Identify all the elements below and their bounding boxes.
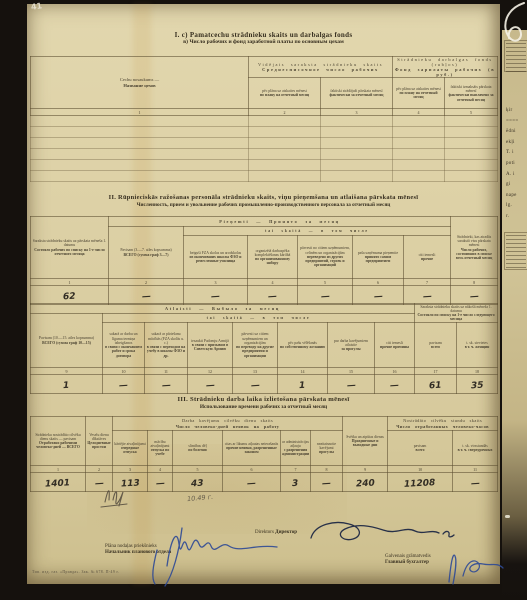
- value-cell: —: [188, 375, 233, 394]
- col-header: pēc plāna uz atskaites mēnesiпо плану на…: [249, 78, 321, 109]
- group-label: tai skaitā — в том числе: [265, 229, 369, 233]
- col-num: 9: [343, 466, 388, 473]
- handwritten-value: 240: [355, 479, 374, 490]
- col-header: pārvesti uz citiem uzņēmumiem un organiz…: [233, 323, 278, 368]
- header-ru: прочие: [405, 257, 449, 261]
- col-header: pēc plāna uz atskaites mēnesiпо плану на…: [393, 78, 445, 109]
- handwritten-value: 61: [429, 381, 442, 392]
- col-header: slimības dēļпо болезни: [173, 431, 223, 466]
- column-number-row: 1 2 3 4 5: [31, 109, 498, 116]
- col-num: 16: [375, 368, 415, 375]
- empty-cell: [249, 116, 321, 127]
- hired-group-header: Pieņemti — Принято за месяц: [109, 217, 451, 227]
- value-cell: 1401: [31, 473, 86, 492]
- col-header: kārtējie atvaļinājumiочередные отпуска: [113, 431, 148, 466]
- handwritten-value: —: [322, 479, 332, 489]
- group-label-lv: Nostrādāto cilvēku stundu skaits: [389, 418, 496, 423]
- header-ru: по организованному набору: [249, 257, 296, 266]
- header-ru: из окончивших школы ФЗО и ремесленные уч…: [185, 255, 246, 264]
- col-num: 18: [457, 368, 498, 375]
- section1-title: I. c) Pamatcechu strādnieku skaits un da…: [27, 31, 500, 46]
- avg-workers-group-header: Vidējais saraksta strādnieku skaits Сред…: [249, 57, 393, 78]
- header-ru: принято самим предприятием: [354, 255, 402, 264]
- header-ru: Целодневные простои: [87, 441, 111, 450]
- header-ru: Название цехов: [32, 83, 247, 88]
- col-num: 2: [249, 109, 321, 116]
- table-shops: Cechu nosaukums — Название цехов Vidējai…: [30, 56, 498, 182]
- chalk-number-note: 41: [30, 1, 42, 11]
- col-header: iesaukti Padomju Armijāв связи с призыво…: [188, 323, 233, 368]
- col-num: 6: [223, 466, 281, 473]
- col-header: par darba kavējumiem atlaistieза прогулы: [328, 323, 375, 368]
- header-lv: Strādnieku darbalgas fonds (rubļos): [394, 57, 496, 67]
- handwritten-value: —: [373, 292, 383, 302]
- value-cell: 11208: [388, 473, 453, 492]
- handwritten-value: 62: [63, 292, 76, 303]
- handwritten-value: —: [161, 381, 171, 391]
- col-header: pārvesti no citiem uzņēmumiem, celtnēm u…: [298, 236, 353, 279]
- empty-cell: [445, 149, 498, 160]
- empty-cell: [393, 116, 445, 127]
- col-header: pavisamвсего: [388, 431, 453, 466]
- header-ru: ВСЕГО (сумма граф 3—7): [110, 253, 182, 257]
- col-num: 3: [321, 109, 393, 116]
- header-ru: в т. ч. женщин: [458, 345, 496, 349]
- col-num: 4: [148, 466, 173, 473]
- header-ru: Праздничные и выходные дни: [344, 439, 386, 448]
- col-num: 5: [173, 466, 223, 473]
- next-month-group-header: Saraksta strādnieku skaits uz nākošā mēn…: [415, 304, 498, 323]
- header-lv: mācību atvaļinājumi: [149, 440, 171, 449]
- header-ru: в т. ч. сверхурочных: [454, 448, 496, 452]
- departed-incl-group-header: tai skaitā — в том числе: [103, 314, 415, 323]
- empty-cell: [249, 171, 321, 182]
- header-ru: Отработано рабочими человеко-дней — ВСЕГ…: [32, 441, 84, 450]
- planning-head-signature: [149, 520, 284, 590]
- header-ru: в связи с окончанием работ и срока догов…: [104, 345, 143, 358]
- handwritten-value: 1: [299, 381, 306, 391]
- col-num: 7: [281, 466, 311, 473]
- empty-cell: [321, 116, 393, 127]
- value-cell: —: [375, 375, 415, 394]
- section3-title: III. Strādnieku darba laika izlietošana …: [27, 396, 500, 411]
- header-ru: по плану на отчетный месяц: [250, 93, 319, 97]
- col-num: 14: [278, 368, 328, 375]
- group-label: Pieņemti — Принято за месяц: [219, 219, 340, 224]
- empty-cell: [321, 160, 393, 171]
- value-cell: —: [404, 286, 451, 305]
- group-label-ru: Число отработанных человеко-часов: [389, 424, 496, 429]
- col-header: citi iemesliпрочие причины: [375, 323, 415, 368]
- handwritten-value: 11208: [404, 478, 436, 490]
- accountant-label-ru: Главный бухгалтер: [385, 560, 431, 566]
- col-num: 8: [311, 466, 343, 473]
- header-lv: faktiski izmaksāts pārskata mēnesī: [446, 85, 496, 94]
- empty-cell: [31, 138, 249, 149]
- col-num: 1: [31, 109, 249, 116]
- empty-cell: [445, 160, 498, 171]
- col-num: 10: [388, 466, 453, 473]
- header-ru: в связи с переходом на учебу в школы ФЗО…: [146, 345, 186, 358]
- handwritten-value: —: [268, 292, 278, 302]
- empty-cell: [445, 138, 498, 149]
- empty-cell: [249, 160, 321, 171]
- empty-cell: [393, 171, 445, 182]
- value-cell: 1: [31, 375, 103, 394]
- value-cell: —: [311, 473, 343, 492]
- group-label: tai skaitā — в том числе: [207, 316, 311, 320]
- handwritten-value: —: [250, 381, 260, 391]
- handwritten-value: —: [320, 292, 330, 302]
- empty-row: [31, 160, 498, 171]
- header-lv: neattaisnotie kavējumi: [312, 442, 341, 451]
- column-number-row: 9101112131415161718: [31, 368, 498, 375]
- handwritten-value: 1401: [45, 478, 71, 489]
- header-ru: по плану на отчетный месяц: [394, 91, 443, 100]
- empty-cell: [31, 149, 249, 160]
- handwritten-value: —: [346, 381, 356, 391]
- departed-group-header: Atlaisti — Выбыло за месяц: [31, 304, 415, 314]
- empty-cell: [249, 138, 321, 149]
- header-lv: Saraksta strādnieku skaits uz nākošā mēn…: [416, 305, 496, 314]
- handwritten-value: —: [119, 381, 129, 391]
- section1-title-ru: в) Число рабочих и фонд заработной платы…: [27, 39, 500, 46]
- header-lv: ar administrācijas atļauju: [282, 440, 309, 449]
- listed-whole-month-header: Strādnieki, kas atradās sarakstā visu pā…: [451, 217, 498, 279]
- header-ru: очередные отпуска: [114, 446, 146, 455]
- col-num: 15: [328, 368, 375, 375]
- col-num: 5: [445, 109, 498, 116]
- empty-cell: [321, 149, 393, 160]
- hired-total-header: Pavisam (3.—7. ailes kopsumma) ВСЕГО (су…: [109, 227, 184, 279]
- value-cell: —: [451, 286, 498, 305]
- col-num: 3: [113, 466, 148, 473]
- table-departed: Atlaisti — Выбыло за месяц Saraksta strā…: [30, 303, 498, 394]
- col-header: faktiski strādājuši pārskata mēnesīфакти…: [321, 78, 393, 109]
- value-cell: —: [145, 375, 188, 394]
- header-ru: фактически выплачено за отчетный месяц: [446, 93, 496, 102]
- wage-fund-group-header: Strādnieku darbalgas fonds (rubļos) Фонд…: [393, 57, 498, 78]
- accountant-label: Galvenais grāmatvedis Главный бухгалтер: [385, 554, 431, 566]
- col-num: 6: [353, 279, 404, 286]
- empty-row: [31, 116, 498, 127]
- background-side-sheet: ķir ==== ēdni ekļi T. i poti A. i gi nap…: [502, 0, 527, 600]
- empty-cell: [393, 160, 445, 171]
- col-num: 4: [393, 109, 445, 116]
- hired-incl-group-header: tai skaitā — в том числе: [184, 227, 451, 236]
- col-header: neattaisnotie kavējumiпрогулы: [311, 431, 343, 466]
- absence-group-header: Darba kavējumu cilvēku dienu skaits Числ…: [113, 417, 343, 431]
- header-lv: organizētā darbaspēka komplektēšanas kār…: [249, 249, 296, 258]
- empty-row: [31, 149, 498, 160]
- header-ru: Число рабочих, состоявших в списке весь …: [452, 248, 496, 261]
- empty-cell: [393, 127, 445, 138]
- col-header: faktiski izmaksāts pārskata mēnesīфактич…: [445, 78, 498, 109]
- workers-start-month-header: Saraksta strādnieku skaits uz pārskata m…: [31, 217, 109, 279]
- handwritten-value: —: [141, 292, 151, 302]
- header-lv: Saraksta strādnieku skaits uz pārskata m…: [32, 239, 107, 248]
- handwritten-value: —: [390, 381, 400, 391]
- col-header: mācību atvaļinājumiотпуска по учебе: [148, 431, 173, 466]
- header-ru: по собственному желанию: [279, 345, 326, 349]
- scanned-report-photo: { "misc": { "margin_note_top_left": "41"…: [0, 0, 527, 600]
- empty-cell: [321, 127, 393, 138]
- col-header: t. sk. sievietesв т. ч. женщин: [457, 323, 498, 368]
- header-ru: Состояло по списку на 1-е число следующе…: [416, 313, 496, 322]
- header-ru: с разрешения администрации: [282, 448, 309, 457]
- col-header: sakarā ar darbu un līguma termiņa izbeig…: [103, 323, 145, 368]
- accountant-signature: [435, 546, 505, 588]
- paper-speck: [505, 515, 510, 518]
- col-header: citi iemesliпрочие: [404, 236, 451, 279]
- empty-cell: [31, 160, 249, 171]
- value-cell: 240: [343, 473, 388, 492]
- col-num: 8: [451, 279, 498, 286]
- col-header: ar administrācijas atļaujuс разрешения а…: [281, 431, 311, 466]
- header-ru: переведено из других предприятий, строек…: [299, 255, 351, 268]
- col-num: 11: [453, 466, 498, 473]
- value-cell: —: [103, 375, 145, 394]
- value-cell: —: [184, 286, 248, 305]
- value-cell: —: [453, 473, 498, 492]
- manhours-group-header: Nostrādāto cilvēku stundu skaits Число о…: [388, 417, 498, 431]
- table-hired: Saraksta strādnieku skaits uz pārskata m…: [30, 216, 498, 305]
- header-ru: по переводу на другие предприятия и орга…: [234, 345, 276, 358]
- header-ru: Среднесписочное число рабочих: [250, 67, 391, 72]
- header-ru: ВСЕГО (сумма граф 10—15): [32, 341, 101, 345]
- empty-cell: [31, 116, 249, 127]
- empty-cell: [249, 149, 321, 160]
- shops-name-header: Cechu nosaukums — Название цехов: [31, 57, 249, 109]
- empty-row: [31, 127, 498, 138]
- header-ru: прочие неявки, разрешенные законом: [224, 446, 279, 455]
- side-sheet-text-fragments: ķir ==== ēdni ekļi T. i poti A. i gi nap…: [506, 106, 527, 223]
- holidays-header: Svētku un atpūtas dienas Праздничные и в…: [343, 417, 388, 466]
- header-lv: Veselu dienu dīkstāves: [87, 433, 111, 442]
- handwritten-value: —: [469, 292, 479, 302]
- header-ru: прочие причины: [376, 345, 413, 349]
- group-label-ru: Число человеко-дней неявок на работу: [114, 424, 341, 429]
- column-number-row: 1234567891011: [31, 466, 498, 473]
- header-ru: прогулы: [312, 450, 341, 454]
- empty-cell: [321, 138, 393, 149]
- director-signature: [305, 516, 455, 550]
- col-num: 9: [31, 368, 103, 375]
- empty-cell: [445, 171, 498, 182]
- header-ru: всего: [416, 345, 455, 349]
- col-num: 12: [188, 368, 233, 375]
- header-ru: Состояло рабочих по списку на 1-е число …: [32, 248, 107, 257]
- header-ru: за прогулы: [329, 347, 373, 351]
- col-num: 13: [233, 368, 278, 375]
- handwritten-value: —: [211, 292, 221, 302]
- departed-values-row: 1 — — — — 1 — — 61 35: [31, 375, 498, 394]
- handwritten-value: —: [205, 381, 215, 391]
- table-hired-wrap: Saraksta strādnieku skaits uz pārskata m…: [30, 216, 497, 305]
- col-header: pēc pašu vēlēšanāsпо собственному желани…: [278, 323, 328, 368]
- header-lv: sakarā ar pāriešanu mācībās (FZA skolās …: [146, 332, 186, 345]
- value-cell: —: [328, 375, 375, 394]
- col-num: 11: [145, 368, 188, 375]
- col-header: citas ar likumu atļautas neierašanāsпроч…: [223, 431, 281, 466]
- col-header: paša uzņēmuma pieņemtieпринято самим пре…: [353, 236, 404, 279]
- col-num: 1: [31, 466, 86, 473]
- section2-title: II. Rūpnieciskās ražošanas personāla str…: [27, 194, 500, 209]
- handwritten-value: —: [247, 479, 257, 489]
- empty-cell: [445, 127, 498, 138]
- col-num: 4: [248, 279, 298, 286]
- idle-days-header: Veselu dienu dīkstāves Целодневные прост…: [86, 417, 113, 466]
- col-num: 1: [31, 279, 109, 286]
- value-cell: 3: [281, 473, 311, 492]
- group-label: Atlaisti — Выбыло за месяц: [165, 306, 280, 311]
- handwritten-value: —: [422, 292, 432, 302]
- header-lv: pārvesti no citiem uzņēmumiem, celtnēm u…: [299, 246, 351, 255]
- col-header: pavisamвсего: [415, 323, 457, 368]
- table-departed-wrap: Atlaisti — Выбыло за месяц Saraksta strā…: [30, 303, 497, 394]
- empty-row: [31, 171, 498, 182]
- col-num: 2: [109, 279, 184, 286]
- col-header: sakarā ar pāriešanu mācībās (FZA skolās …: [145, 323, 188, 368]
- empty-cell: [31, 171, 249, 182]
- header-lv: pārvesti uz citiem uzņēmumiem un organiz…: [234, 332, 276, 345]
- header-lv: par darba kavējumiem atlaistie: [329, 339, 373, 348]
- col-num: 7: [404, 279, 451, 286]
- header-ru: Фонд зарплаты рабочих (в руб.): [394, 67, 496, 77]
- col-num: 2: [86, 466, 113, 473]
- empty-cell: [249, 127, 321, 138]
- value-cell: 1: [278, 375, 328, 394]
- printing-imprint: Тип. изд. газ. «Правда». Зак. № 678. П-4…: [32, 570, 119, 574]
- section1-title-lv: I. c) Pamatcechu strādnieku skaits un da…: [27, 31, 500, 39]
- hired-values-row: 62 — — — — — — —: [31, 286, 498, 305]
- empty-cell: [393, 149, 445, 160]
- section2-title-lv: II. Rūpnieciskās ražošanas personāla str…: [27, 194, 500, 202]
- handwritten-value: 3: [292, 479, 299, 489]
- value-cell: —: [109, 286, 184, 305]
- section3-title-ru: Использование времени рабочих за отчетны…: [27, 404, 500, 411]
- header-lv: Strādnieku nostrādāto cilvēku dienu skai…: [32, 433, 84, 442]
- header-ru: фактически за отчетный месяц: [322, 93, 391, 97]
- table-shops-wrap: Cechu nosaukums — Название цехов Vidējai…: [30, 56, 497, 182]
- empty-cell: [445, 116, 498, 127]
- value-cell: 62: [31, 286, 109, 305]
- col-num: 17: [415, 368, 457, 375]
- value-cell: —: [233, 375, 278, 394]
- value-cell: 61: [415, 375, 457, 394]
- empty-cell: [321, 171, 393, 182]
- mandays-worked-header: Strādnieku nostrādāto cilvēku dienu skai…: [31, 417, 86, 466]
- section2-title-ru: Численность, прием и увольнение рабочих …: [27, 202, 500, 209]
- header-lv: Pavisam (3.—7. ailes kopsumma): [110, 248, 182, 252]
- col-header: t. sk. virsstundāsв т. ч. сверхурочных: [453, 431, 498, 466]
- header-ru: отпуска по учебе: [149, 448, 171, 457]
- col-num: 5: [298, 279, 353, 286]
- empty-cell: [31, 127, 249, 138]
- handwritten-value: 35: [471, 381, 484, 392]
- header-ru: всего: [389, 448, 451, 452]
- empty-row: [31, 138, 498, 149]
- col-num: 3: [184, 279, 248, 286]
- header-lv: Pavisam (10.—15. ailes kopsumma): [32, 336, 101, 340]
- col-header: beiguši FZA skolas un arodskolasиз оконч…: [184, 236, 248, 279]
- col-header: organizētā darbaspēka komplektēšanas kār…: [248, 236, 298, 279]
- report-form-paper: I. c) Pamatcechu strādnieku skaits un da…: [27, 4, 500, 584]
- side-sheet-text-block: [504, 232, 527, 270]
- handwritten-value: —: [470, 479, 480, 489]
- value-cell: —: [353, 286, 404, 305]
- value-cell: 35: [457, 375, 498, 394]
- value-cell: —: [298, 286, 353, 305]
- value-cell: —: [248, 286, 298, 305]
- col-num: 10: [103, 368, 145, 375]
- header-lv: Strādnieki, kas atradās sarakstā visu pā…: [452, 235, 496, 248]
- handwritten-value: 1: [63, 381, 70, 391]
- value-cell: —: [223, 473, 281, 492]
- departed-total-header: Pavisam (10.—15. ailes kopsumma) ВСЕГО (…: [31, 314, 103, 368]
- header-ru: в связи с призывом в Советскую Армию: [189, 343, 231, 352]
- empty-cell: [393, 138, 445, 149]
- column-number-row: 12345678: [31, 279, 498, 286]
- header-ru: по болезни: [174, 448, 221, 452]
- header-lv: sakarā ar darbu un līguma termiņa izbeig…: [104, 332, 143, 345]
- section3-title-lv: III. Strādnieku darba laika izlietošana …: [27, 396, 500, 404]
